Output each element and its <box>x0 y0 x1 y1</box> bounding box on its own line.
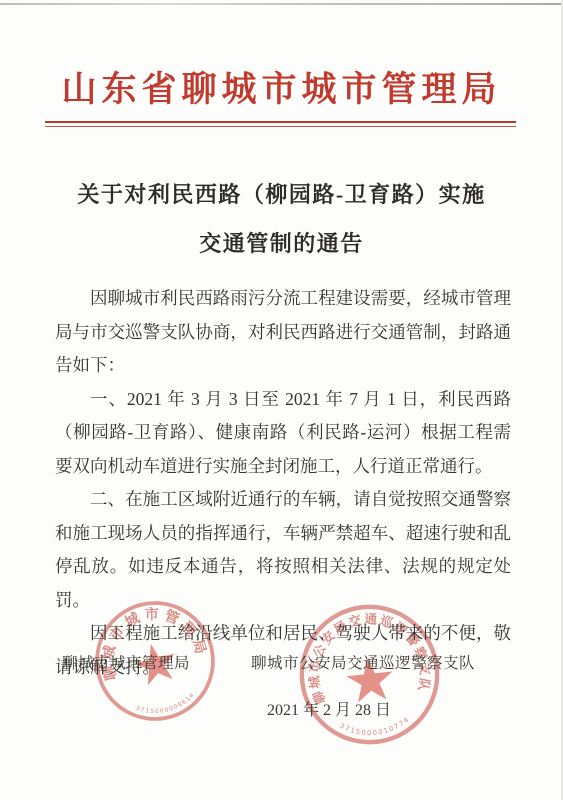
scan-edge-top <box>0 3 563 5</box>
signer-name-right: 聊城市公安局交通巡逻警察支队 <box>251 651 475 673</box>
document-body: 因聊城市利民西路雨污分流工程建设需要，经城市管理局与市交巡警支队协商，对利民西路… <box>55 282 511 684</box>
document-date: 2021 年 2 月 28 日 <box>267 697 391 720</box>
document-title: 关于对利民西路（柳园路-卫育路）实施 交通管制的通告 <box>30 170 533 268</box>
letterhead-title: 山东省聊城市城市管理局 <box>0 62 563 112</box>
letterhead-divider-rule <box>45 121 516 127</box>
document-page: 山东省聊城市城市管理局 关于对利民西路（柳园路-卫育路）实施 交通管制的通告 因… <box>0 0 563 800</box>
document-paragraph: 因聊城市利民西路雨污分流工程建设需要，经城市管理局与市交巡警支队协商，对利民西路… <box>55 282 511 383</box>
document-title-line1: 关于对利民西路（柳园路-卫育路）实施 <box>30 170 533 219</box>
signer-name-left: 聊城市城市管理局 <box>62 651 190 673</box>
document-paragraph: 一、2021 年 3 月 3 日至 2021 年 7 月 1 日，利民西路（柳园… <box>55 383 511 484</box>
document-title-line2: 交通管制的通告 <box>30 219 533 268</box>
document-paragraph: 二、在施工区域附近通行的车辆，请自觉按照交通警察和施工现场人员的指挥通行，车辆严… <box>55 483 511 617</box>
